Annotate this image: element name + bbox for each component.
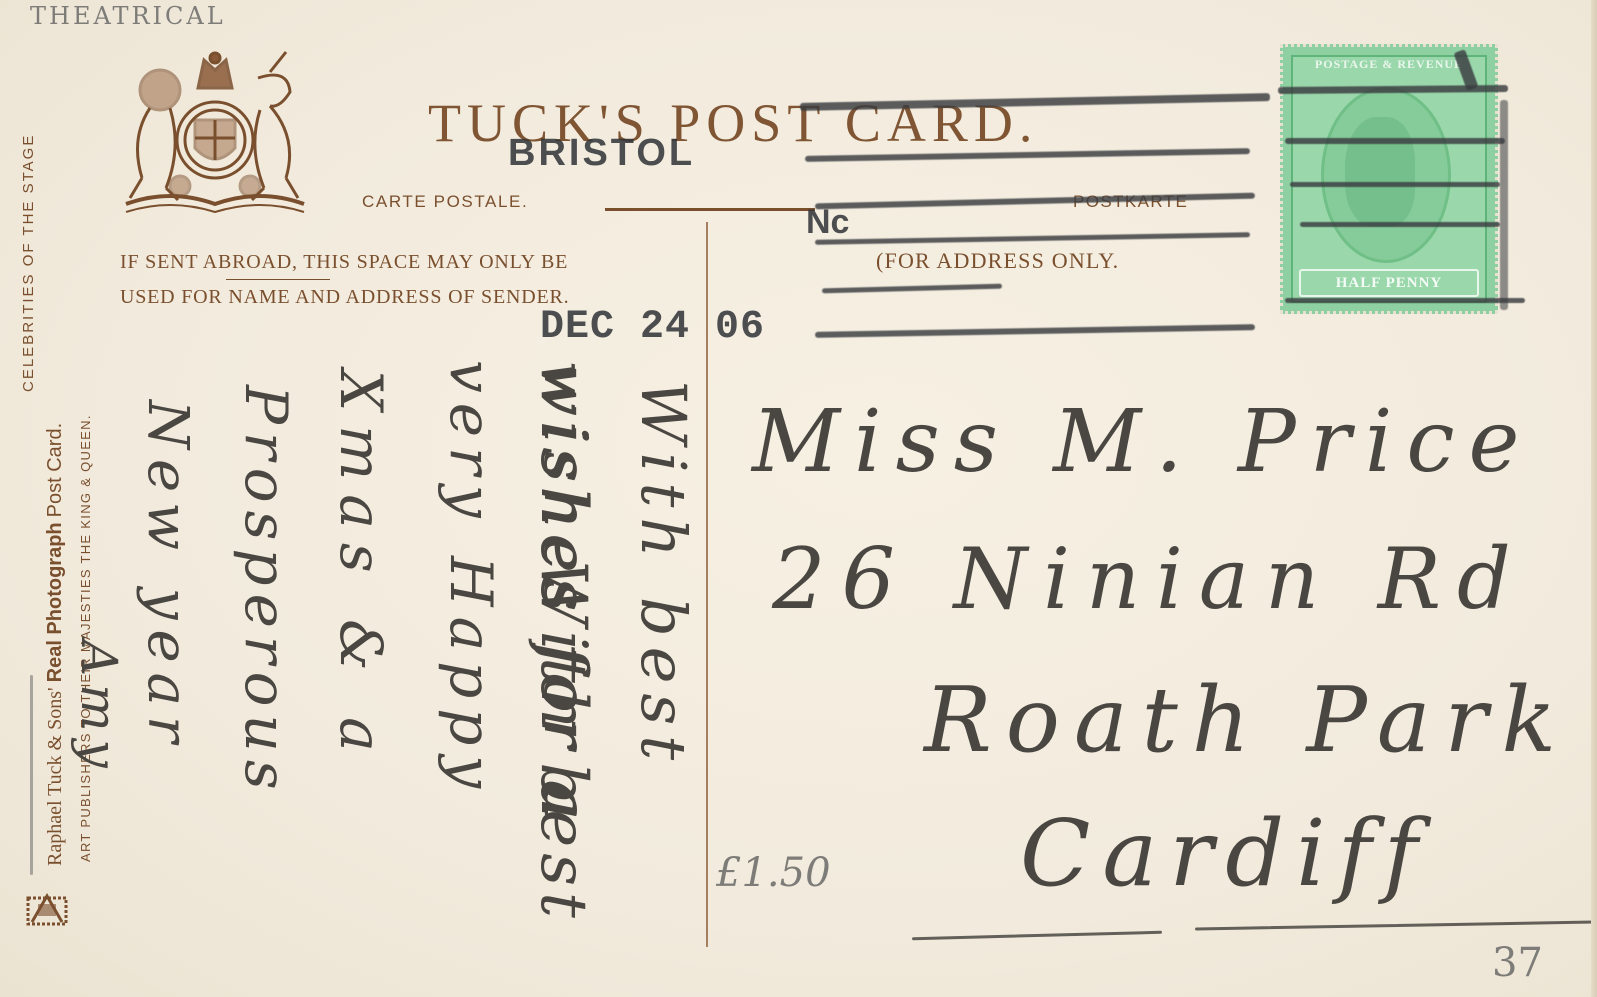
address-line-1: Miss M. Price [752,392,1533,492]
publisher-name: Raphael Tuck & Sons' [44,687,66,866]
product-suffix: Post Card. [44,423,66,517]
message-col-3: very Happy [437,360,505,798]
product-bold: Real Photograph [44,522,66,682]
header-rule [605,208,815,211]
address-underline [912,931,1162,941]
stamp-value: HALF PENNY [1299,269,1479,297]
message-col-4: Xmas & a [327,370,395,766]
category-note: THEATRICAL [30,2,226,30]
sender-notice-line-1: IF SENT ABROAD, THIS SPACE MAY ONLY BE [120,251,568,274]
message-signature: Amy [70,640,128,776]
postcard-back: THEATRICAL CELEBRITIES OF THE STAGE Raph… [0,0,1597,997]
sender-notice-line-2: USED FOR NAME AND ADDRESS OF SENDER. [120,286,569,309]
royal-appointment: ART PUBLISHERS TO THEIR MAJESTIES THE KI… [78,414,93,862]
king-portrait-icon [1345,117,1415,227]
postmark-town: BRISTOL [508,132,695,175]
address-only-note: (FOR ADDRESS ONLY. [876,248,1119,274]
series-label: CELEBRITIES OF THE STAGE [20,134,37,392]
price-note: £1.50 [716,850,831,896]
message-col-2: wishes for a [530,365,600,828]
royal-coat-of-arms-icon [120,48,310,218]
postmark-date: DEC 24 06 [540,305,765,350]
address-underline-2 [1195,921,1595,931]
postmark-code: Nc [806,203,849,242]
easel-logo-icon [24,892,70,928]
pencil-mark [30,675,33,875]
address-line-4: Cardiff [1020,800,1430,907]
message-col-5: Prosperous [232,385,300,798]
message-col-1: With best [627,380,700,770]
address-line-3: Roath Park [924,668,1570,773]
address-line-2: 26 Ninian Rd [772,530,1527,628]
catalog-number: 37 [1492,940,1543,986]
abroad-underline [226,279,330,280]
message-col-6: New year [135,400,200,753]
carte-postale-label: CARTE POSTALE. [362,192,528,212]
publisher-product-line: Raphael Tuck & Sons' Real Photograph Pos… [44,423,67,866]
